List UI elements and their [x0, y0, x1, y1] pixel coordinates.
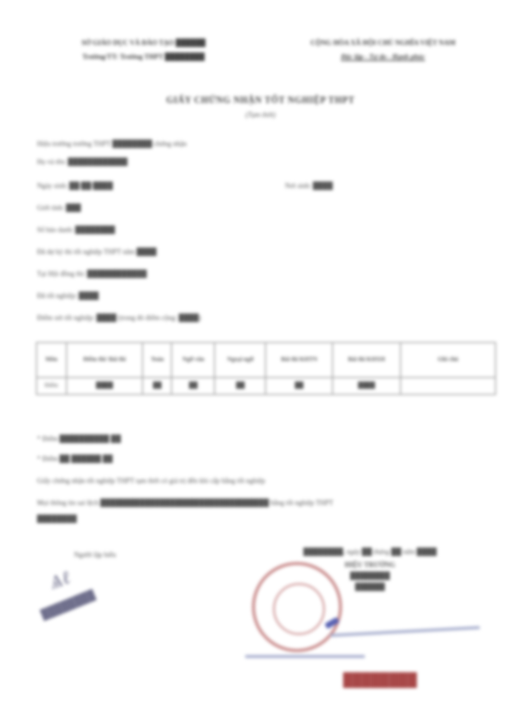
col-foreign-language: Ngoại ngữ: [215, 343, 266, 378]
note-3: Giấy chứng nhận tốt nghiệp THPT tạm thời…: [37, 474, 477, 488]
field-graduation-status: Đã tốt nghiệp: ████: [37, 292, 99, 300]
note-5: ████████: [37, 512, 477, 526]
table-cell: ████: [333, 378, 401, 395]
table-row: Điểm ████ ██ ██ ██ ██ ████: [37, 378, 496, 395]
score-table-header: Môn Điểm thi/ Bài thi Toán Ngữ văn Ngoại…: [37, 343, 496, 378]
col-exam-score: Điểm thi/ Bài thi: [66, 343, 143, 378]
note-4: Mọi thông tin sai lệch █████████████████…: [37, 496, 477, 510]
note-1: * Điểm ██████████ ██: [37, 432, 477, 446]
field-exam-council: Tại Hội đồng thi: ████████████: [37, 270, 147, 278]
field-birth-place: Nơi sinh: ████: [285, 182, 333, 190]
principal-signature-stroke-icon: [330, 626, 480, 637]
table-cell: ██: [172, 378, 215, 395]
principal-name: ████████: [300, 672, 460, 688]
col-notes: Ghi chú: [401, 343, 496, 378]
field-certifier: Hiệu trưởng trường THPT ████████ chứng n…: [37, 140, 187, 148]
score-table: Môn Điểm thi/ Bài thi Toán Ngữ văn Ngoại…: [36, 342, 496, 395]
field-birth-date: Ngày sinh: ██/██/████: [37, 182, 113, 190]
issuer-school: Trường/TT: Trường THPT ████████: [26, 50, 261, 64]
preparer-name: ████████: [40, 590, 97, 621]
national-motto: Độc lập - Tự do - Hạnh phúc: [268, 50, 498, 64]
field-gender: Giới tính: ███: [37, 204, 81, 212]
field-exam-year: Đã dự kỳ thi tốt nghiệp THPT năm ████: [37, 248, 156, 256]
official-seal-icon: [252, 562, 342, 652]
col-literature: Ngữ văn: [172, 343, 215, 378]
col-natural-sciences: Bài thi KHTN: [266, 343, 333, 378]
principal-signature-stroke-icon: [245, 655, 365, 658]
national-header: CỘNG HÒA XÃ HỘI CHỦ NGHĨA VIỆT NAM Độc l…: [268, 36, 498, 64]
col-social-sciences: Bài thi KHXH: [333, 343, 401, 378]
table-cell: ████: [66, 378, 143, 395]
table-cell: ██: [143, 378, 172, 395]
signing-date: ████████, ngày ██ tháng ██ năm ████: [250, 548, 490, 556]
col-math: Toán: [143, 343, 172, 378]
field-candidate-number: Số báo danh: ████████: [37, 226, 115, 234]
document-title: GIẤY CHỨNG NHẬN TỐT NGHIỆP THPT: [0, 95, 521, 105]
issuer-department: SỞ GIÁO DỤC VÀ ĐÀO TẠO ██████: [26, 36, 261, 50]
table-cell: [401, 378, 496, 395]
field-graduation-score: Điểm xét tốt nghiệp: ████ (trong đó điểm…: [37, 314, 201, 322]
col-subject: Môn: [37, 343, 67, 378]
field-full-name: Họ và tên: ████████████: [37, 158, 127, 166]
preparer-title: Người lập biểu: [40, 551, 150, 559]
note-2: * Điểm ██ ██████ ██: [37, 452, 477, 466]
table-cell: ██: [266, 378, 333, 395]
table-cell: ██: [215, 378, 266, 395]
table-cell: Điểm: [37, 378, 67, 395]
issuer-header: SỞ GIÁO DỤC VÀ ĐÀO TẠO ██████ Trường/TT:…: [26, 36, 261, 64]
national-name: CỘNG HÒA XÃ HỘI CHỦ NGHĨA VIỆT NAM: [268, 36, 498, 50]
certificate-page: SỞ GIÁO DỤC VÀ ĐÀO TẠO ██████ Trường/TT:…: [0, 0, 521, 712]
preparer-signature-icon: Ѧℓ: [47, 567, 73, 594]
document-subtitle: (Tạm thời): [0, 111, 521, 119]
